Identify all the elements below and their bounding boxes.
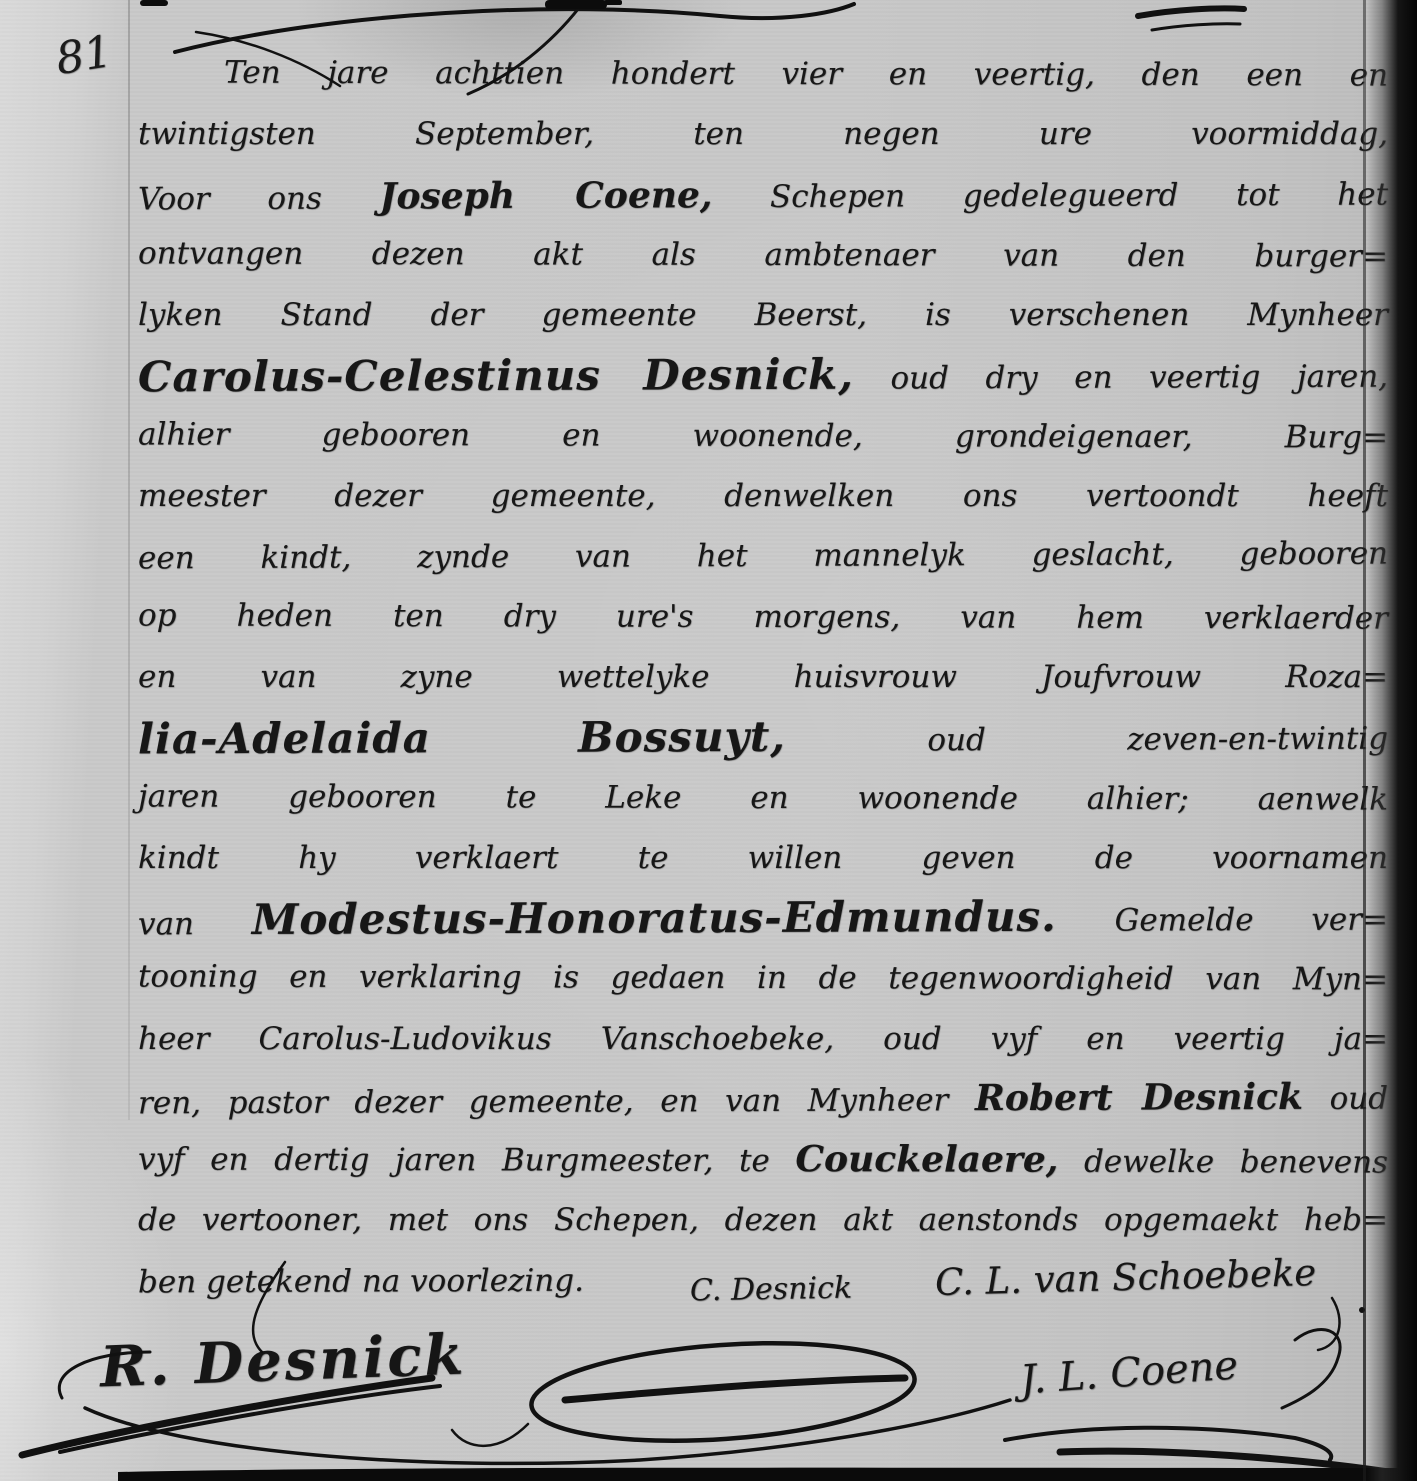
signature-c-desnick: C. Desnick [690, 1271, 853, 1309]
scan-top-specks [140, 0, 622, 9]
text-line: vyf en dertig jaren Burgmeester, te Couc… [138, 1128, 1388, 1191]
text-segment: ren, pastor dezer gemeente, en van Mynhe… [138, 1082, 975, 1121]
text-line: heer Carolus-Ludovikus Vanschoebeke, oud… [138, 1009, 1388, 1069]
text-segment: Schepen gedelegueerd tot het [712, 176, 1388, 215]
act-number: 81 [52, 26, 115, 85]
scan-right-border [1367, 0, 1417, 1481]
text-line: de vertooner, met ons Schepen, dezen akt… [138, 1190, 1388, 1250]
text-segment: jaren gebooren te Leke en woonende alhie… [138, 778, 1388, 817]
text-segment: alhier gebooren en woonende, grondeigena… [138, 416, 1388, 455]
text-segment: dewelke benevens [1058, 1144, 1388, 1181]
text-segment: een kindt, zynde van het mannelyk geslac… [138, 536, 1388, 577]
document-lines: Ten jare achttien hondert vier en veerti… [138, 44, 1388, 1310]
text-segment: op heden ten dry ure's morgens, van hem … [138, 597, 1388, 636]
scan-bottom-border [118, 1468, 1417, 1481]
text-line: lia-Adelaida Bossuyt, oud zeven-en-twint… [138, 705, 1388, 770]
text-segment: Ten jare achttien hondert vier en veerti… [224, 55, 1388, 94]
text-line: twintigsten September, ten negen ure voo… [138, 104, 1388, 164]
text-segment: Joseph Coene, [379, 174, 712, 217]
text-line: kindt hy verklaert te willen geven de vo… [138, 828, 1388, 888]
text-line: jaren gebooren te Leke en woonende alhie… [138, 766, 1388, 829]
text-line: Carolus-Celestinus Desnick, oud dry en v… [138, 343, 1388, 408]
text-line: en van zyne wettelyke huisvrouw Joufvrou… [138, 647, 1388, 707]
text-segment: meester dezer gemeente, denwelken ons ve… [138, 478, 1388, 514]
text-line: Voor ons Joseph Coene, Schepen gedelegue… [138, 162, 1388, 227]
text-segment: vyf en dertig jaren Burgmeester, te [138, 1142, 796, 1180]
text-segment: Carolus-Celestinus Desnick, [138, 350, 854, 402]
text-segment: en van zyne wettelyke huisvrouw Joufvrou… [138, 659, 1388, 695]
text-line: van Modestus-Honoratus-Edmundus. Gemelde… [138, 886, 1388, 951]
top-right-strokes [1138, 8, 1244, 30]
text-line: Ten jare achttien hondert vier en veerti… [138, 42, 1388, 105]
text-segment: heer Carolus-Ludovikus Vanschoebeke, oud… [138, 1021, 1388, 1057]
text-segment: Modestus-Honoratus-Edmundus. [252, 892, 1057, 944]
page-edge-rule [1363, 0, 1366, 1481]
text-segment: ontvangen dezen akt als ambtenaer van de… [138, 235, 1388, 274]
text-segment: Voor ons [138, 180, 380, 217]
scanned-birth-record-page: 81 Ten jare achttien hondert vier en vee… [0, 0, 1417, 1481]
text-line: op heden ten dry ure's morgens, van hem … [138, 585, 1388, 648]
text-line: meester dezer gemeente, denwelken ons ve… [138, 466, 1388, 526]
text-line: ontvangen dezen akt als ambtenaer van de… [138, 223, 1388, 286]
text-segment: tooning en verklaring is gedaen in de te… [138, 959, 1388, 998]
text-segment: van [138, 906, 252, 942]
text-line: tooning en verklaring is gedaen in de te… [138, 947, 1388, 1010]
text-line: alhier gebooren en woonende, grondeigena… [138, 404, 1388, 467]
oval-paraph [452, 1332, 918, 1453]
signature-j-l-coene: J. L. Coene [1019, 1342, 1240, 1403]
text-segment: de vertooner, met ons Schepen, dezen akt… [138, 1202, 1388, 1238]
text-segment: kindt hy verklaert te willen geven de vo… [138, 840, 1388, 876]
text-segment: lyken Stand der gemeente Beerst, is vers… [138, 297, 1388, 333]
margin-fold-line [128, 0, 130, 1120]
signature-r-desnick: R. Desnick [99, 1322, 467, 1401]
text-line: een kindt, zynde van het mannelyk geslac… [138, 524, 1388, 589]
text-segment: oud dry en veertig jaren, [854, 359, 1388, 397]
text-segment: oud zeven-en-twintig [786, 721, 1388, 759]
text-segment: Couckelaere, [795, 1138, 1058, 1181]
text-line: ren, pastor dezer gemeente, en van Mynhe… [138, 1067, 1388, 1132]
text-line: lyken Stand der gemeente Beerst, is vers… [138, 285, 1388, 345]
text-segment: ben getekend na voorlezing. [138, 1263, 584, 1301]
text-segment: Robert Desnick [975, 1076, 1303, 1119]
text-segment: lia-Adelaida Bossuyt, [138, 712, 786, 763]
text-segment: twintigsten September, ten negen ure voo… [138, 116, 1388, 152]
text-segment: Gemelde ver= [1057, 902, 1388, 939]
